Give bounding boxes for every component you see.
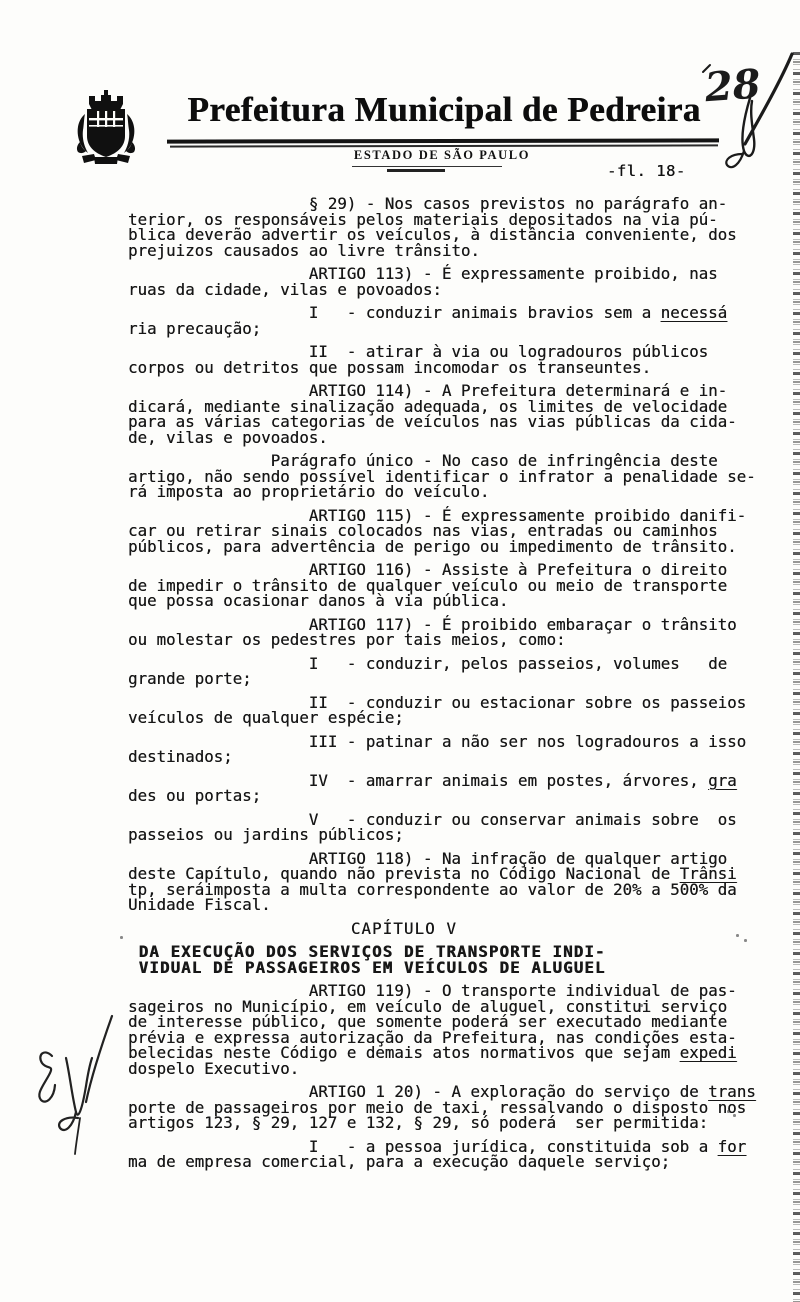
text-line: grande porte; (128, 671, 788, 687)
subtitle-underline (352, 166, 502, 167)
scan-speck (727, 1110, 730, 1113)
artigo-117-item-i: I - conduzir, pelos passeios, volumes de… (128, 656, 788, 687)
text-line: corpos ou detritos que possam incomodar … (128, 360, 788, 376)
text-line: prejuizos causados ao livre trânsito. (128, 243, 788, 259)
text-line: que possa ocasionar danos à via pública. (128, 593, 788, 609)
folio-number: -fl. 18- (607, 162, 686, 180)
text-line: dospelo Executivo. (128, 1061, 788, 1077)
scan-speck (120, 936, 123, 939)
text-line: destinados; (128, 749, 788, 765)
header-rule-thin (170, 144, 718, 147)
artigo-113: ARTIGO 113) - É expressamente proibido, … (128, 266, 788, 297)
handwritten-page-number-ink: 28 (693, 48, 800, 183)
text-line: CAPÍTULO V (128, 921, 788, 937)
text-line: públicos, para advertência de perigo ou … (128, 539, 788, 555)
artigo-114: ARTIGO 114) - A Prefeitura determinará e… (128, 383, 788, 445)
text-line: ruas da cidade, vilas e povoados: (128, 282, 788, 298)
text-line: ma de empresa comercial, para a execução… (128, 1154, 788, 1170)
header-subtitle: ESTADO DE SÃO PAULO (337, 148, 547, 163)
artigo-113-item-ii: II - atirar à via ou logradouros público… (128, 344, 788, 375)
artigo-118: ARTIGO 118) - Na infração de qualquer ar… (128, 851, 788, 913)
capitulo-v: CAPÍTULO V (128, 921, 788, 937)
text-line: veículos de qualquer espécie; (128, 710, 788, 726)
artigo-117: ARTIGO 117) - É proibido embaraçar o trâ… (128, 617, 788, 648)
paragrafo-29: § 29) - Nos casos previstos no parágrafo… (128, 196, 788, 258)
scan-speck (640, 1004, 643, 1007)
artigo-114-paragrafo-unico: Parágrafo único - No caso de infringênci… (128, 453, 788, 500)
artigo-113-item-i: I - conduzir animais bravios sem a neces… (128, 305, 788, 336)
handwritten-page-number: 28 (702, 60, 762, 111)
header-rule-thick (167, 138, 719, 143)
artigo-117-item-iii: III - patinar a não ser nos logradouros … (128, 734, 788, 765)
text-line: artigos 123, § 29, 127 e 132, § 29, só p… (128, 1115, 788, 1131)
document-body: § 29) - Nos casos previstos no parágrafo… (128, 196, 788, 1178)
artigo-116: ARTIGO 116) - Assiste à Prefeitura o dir… (128, 562, 788, 609)
capitulo-v-titulo: DA EXECUÇÃO DOS SERVIÇOS DE TRANSPORTE I… (128, 944, 788, 975)
scan-speck (736, 934, 739, 937)
header-title: Prefeitura Municipal de Pedreira (164, 90, 724, 130)
text-line: des ou portas; (128, 788, 788, 804)
text-line: de, vilas e povoados. (128, 430, 788, 446)
artigo-120-item-i: I - a pessoa jurídica, constituida sob a… (128, 1139, 788, 1170)
scanned-document-page: Prefeitura Municipal de Pedreira ESTADO … (0, 0, 800, 1302)
text-line: rá imposta ao proprietário do veículo. (128, 484, 788, 500)
artigo-120: ARTIGO 1 20) - A exploração do serviço d… (128, 1084, 788, 1131)
artigo-117-item-iv: IV - amarrar animais em postes, árvores,… (128, 773, 788, 804)
scan-edge-artifact (793, 52, 800, 1302)
scan-speck (733, 1114, 736, 1117)
text-line: Unidade Fiscal. (128, 897, 788, 913)
scan-speck (744, 939, 747, 942)
artigo-117-item-v: V - conduzir ou conservar animais sobre … (128, 812, 788, 843)
artigo-117-item-ii: II - conduzir ou estacionar sobre os pas… (128, 695, 788, 726)
coat-of-arms-logo (74, 88, 138, 170)
subtitle-underline-2 (387, 169, 445, 172)
text-line: ou molestar os pedestres por tais meios,… (128, 632, 788, 648)
artigo-119: ARTIGO 119) - O transporte individual de… (128, 983, 788, 1076)
text-line: passeios ou jardins públicos; (128, 827, 788, 843)
artigo-115: ARTIGO 115) - É expressamente proibido d… (128, 508, 788, 555)
text-line: VIDUAL DE PASSAGEIROS EM VEÍCULOS DE ALU… (128, 960, 788, 976)
handwritten-rubric-ink (28, 1012, 124, 1162)
text-line: ria precaução; (128, 321, 788, 337)
